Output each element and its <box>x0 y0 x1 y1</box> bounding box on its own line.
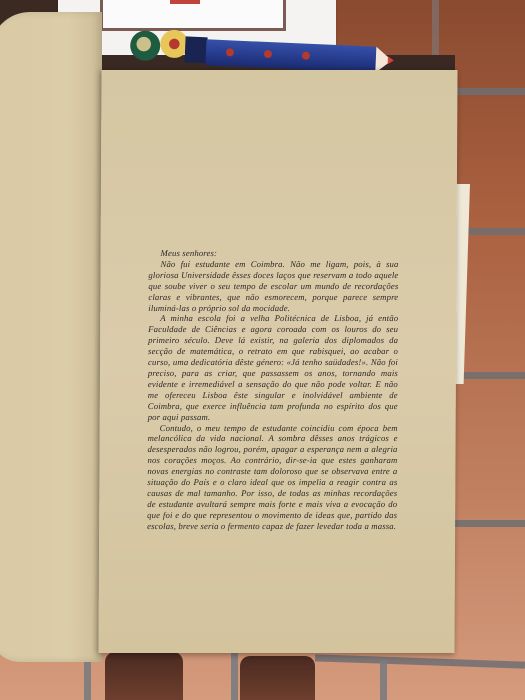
pencil-body <box>205 39 376 72</box>
picture-frame <box>100 0 286 31</box>
left-page <box>0 12 102 662</box>
salutation: Meus senhores: <box>161 248 399 259</box>
tile-grout <box>455 520 525 527</box>
shoe-right <box>240 656 315 700</box>
frame-red-detail <box>170 0 200 4</box>
paragraph: Não fui estudante em Coimbra. Não me lig… <box>148 259 398 314</box>
shoe-left <box>105 652 183 700</box>
book-page: Meus senhores: Não fui estudante em Coim… <box>98 70 457 653</box>
photo-scene: Meus senhores: Não fui estudante em Coim… <box>0 0 525 700</box>
flower-dot-icon <box>264 50 272 58</box>
pencil-collar <box>185 36 208 63</box>
pencil-lead-icon <box>388 56 394 64</box>
flower-dot-icon <box>302 52 310 60</box>
tile-grout <box>380 660 387 700</box>
doll-head-icon <box>130 30 161 61</box>
tile-grout <box>432 0 439 55</box>
flower-dot-icon <box>226 48 234 56</box>
paragraph: Contudo, o meu tempo de estudante coinci… <box>147 423 398 532</box>
page-text: Meus senhores: Não fui estudante em Coim… <box>147 248 398 532</box>
tile-grout <box>455 372 525 379</box>
tile-grout <box>231 652 238 700</box>
tile-grout <box>455 88 525 95</box>
paragraph: A minha escola foi a velha Politécnica d… <box>148 313 399 422</box>
